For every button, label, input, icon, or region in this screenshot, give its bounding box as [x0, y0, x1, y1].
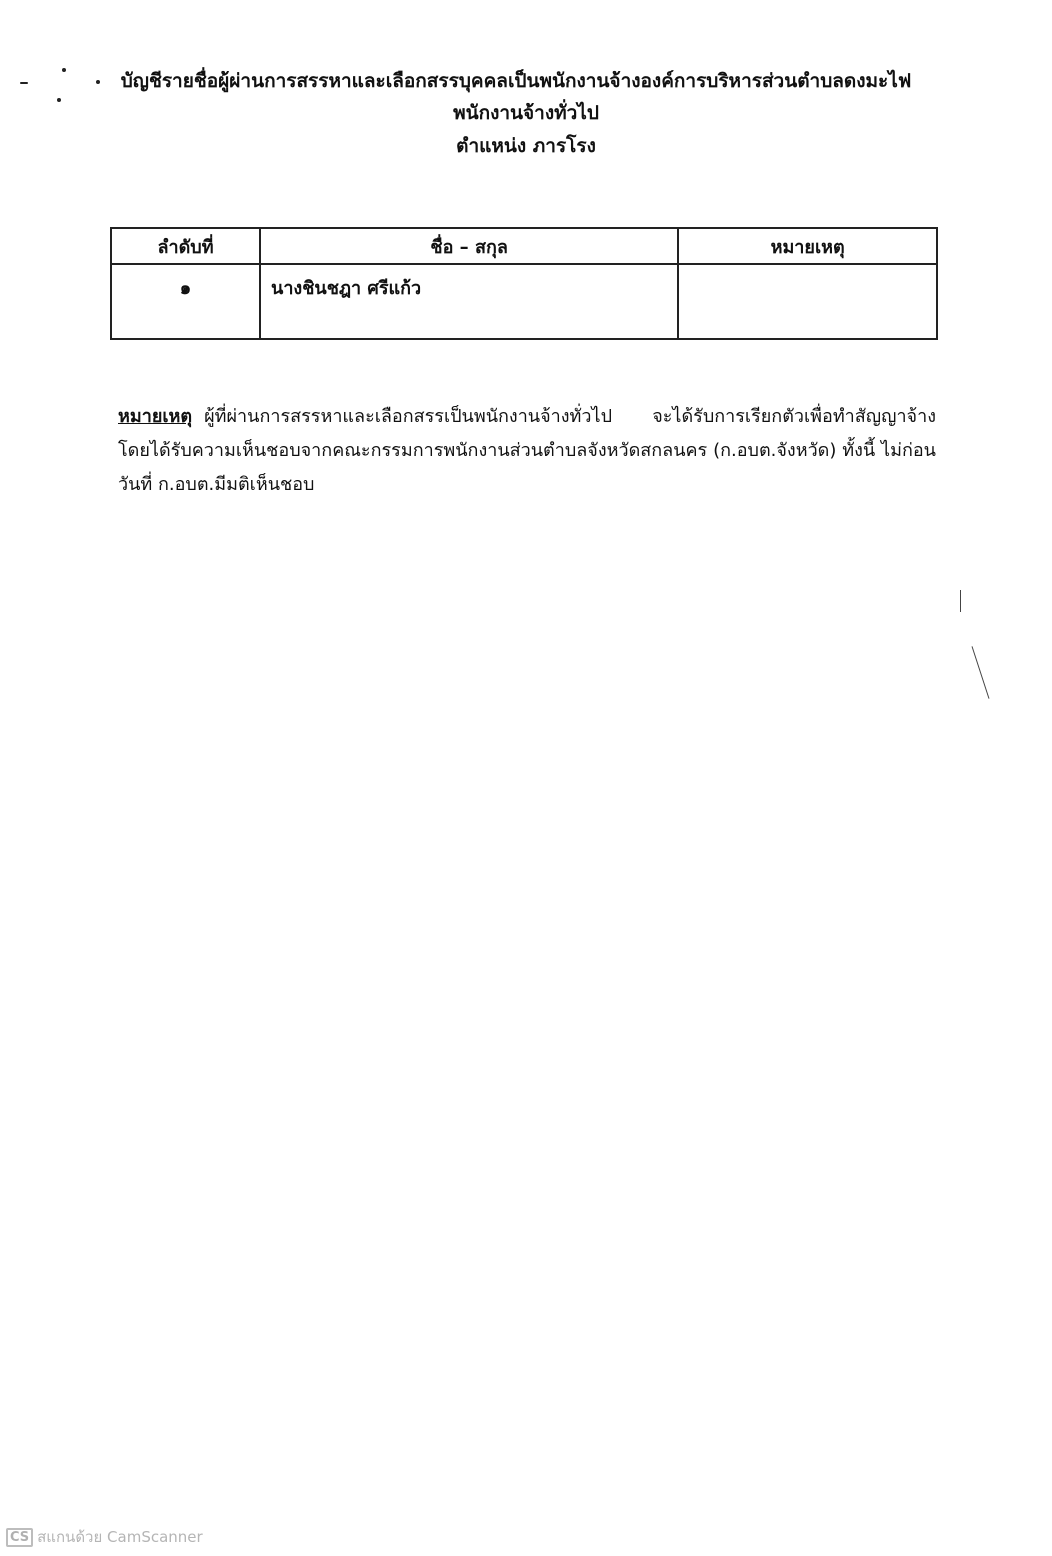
cell-remark — [678, 264, 937, 339]
scan-mark — [960, 590, 961, 612]
cell-order: ๑ — [111, 264, 260, 339]
table-row: ๑ นางชินชฎา ศรีแก้ว — [111, 264, 937, 339]
candidate-table: ลำดับที่ ชื่อ – สกุล หมายเหตุ ๑ นางชินชฎ… — [110, 227, 938, 340]
scan-speck — [57, 98, 61, 102]
header-name: ชื่อ – สกุล — [260, 228, 678, 264]
header-remark: หมายเหตุ — [678, 228, 937, 264]
watermark-text: สแกนด้วย CamScanner — [37, 1525, 203, 1549]
table-header-row: ลำดับที่ ชื่อ – สกุล หมายเหตุ — [111, 228, 937, 264]
header-order: ลำดับที่ — [111, 228, 260, 264]
cell-name: นางชินชฎา ศรีแก้ว — [260, 264, 678, 339]
document-subtitle: พนักงานจ้างทั่วไป — [0, 104, 1052, 123]
title-line-1: บัญชีรายชื่อผู้ผ่านการสรรหาและเลือกสรรบุ… — [121, 70, 912, 92]
remark-paragraph: หมายเหตุผู้ที่ผ่านการสรรหาและเลือกสรรเป็… — [118, 400, 936, 502]
camscanner-watermark: CS สแกนด้วย CamScanner — [6, 1525, 203, 1549]
camscanner-logo-icon: CS — [6, 1528, 33, 1547]
remark-text: ผู้ที่ผ่านการสรรหาและเลือกสรรเป็นพนักงาน… — [118, 406, 936, 495]
scan-mark — [972, 646, 990, 699]
position-title: ตำแหน่ง ภารโรง — [0, 137, 1052, 156]
remark-label: หมายเหตุ — [118, 406, 192, 427]
document-title: บัญชีรายชื่อผู้ผ่านการสรรหาและเลือกสรรบุ… — [0, 72, 1052, 91]
